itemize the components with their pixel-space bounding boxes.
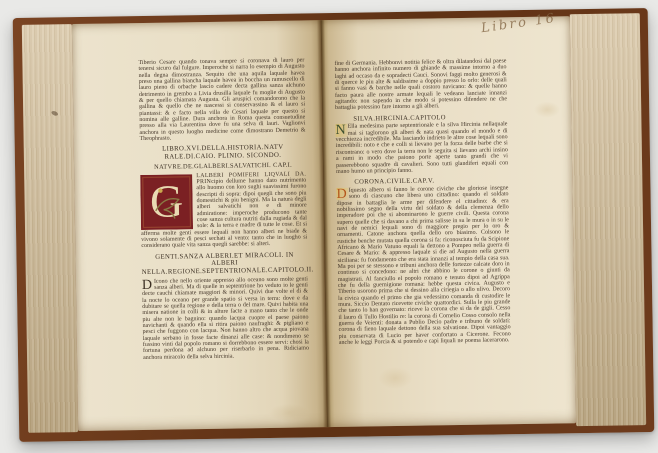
- left-page: Tiberio Cesare quando tonava sempre si c…: [72, 20, 327, 431]
- chapter2-paragraph: DIcono che nello oriente appresso allo o…: [142, 276, 309, 361]
- initial-letter: G: [150, 175, 184, 227]
- left-text-column: Tiberio Cesare quando tonava sempre si c…: [138, 57, 309, 361]
- book-heading-line2: RALE.DI.CAIO. PLINIO. SICONDO.: [140, 151, 306, 161]
- chapter2-body: Icono che nello oriente appresso allo oc…: [142, 276, 309, 361]
- fore-edge-right-page-block: [570, 13, 646, 426]
- drop-cap-green: N: [335, 124, 347, 137]
- chapter2-heading: GENTI.SANZA ALBERI.ET MIRACOLI. IN ALBER…: [141, 251, 307, 276]
- drop-cap-orange: D: [336, 188, 348, 201]
- open-spread: Tiberio Cesare quando tonava sempre si c…: [72, 16, 576, 431]
- photo-background: { "colors": { "background": "#e9e9e7", "…: [0, 0, 658, 453]
- book-heading: LIBRO.XVI.DELLA.HISTORIA.NATV RALE.DI.CA…: [140, 144, 306, 162]
- chapter3-body: Ella medesima parte septentrionale e la …: [336, 122, 508, 175]
- paragraph-laurel: Tiberio Cesare quando tonava sempre si c…: [138, 57, 305, 142]
- chapter2-heading-line2: NELLA.REGIONE.SEPTENTRIONALE.CAPITOLO.II…: [142, 266, 308, 276]
- illuminated-initial: G: [140, 174, 193, 230]
- chapter1-paragraph: G LALBERI POMIFERI LIQVALI DA. PRINcipio…: [140, 171, 307, 250]
- chapter4-paragraph: DIquesto albero si fanno le corone civic…: [336, 185, 510, 346]
- right-text-column: fine di Germania. Hebbonvi notitia felic…: [334, 58, 510, 346]
- chapter4-body: Iquesto albero si fanno le corone civich…: [337, 185, 511, 346]
- paragraph-germania: fine di Germania. Hebbonvi notitia felic…: [334, 58, 507, 111]
- drop-cap-black: D: [142, 278, 154, 291]
- right-page: fine di Germania. Hebbonvi notitia felic…: [321, 16, 576, 427]
- chapter1-heading: NATVRE.DE.GLALBERI.SALVATICHI. CAP.I.: [140, 161, 306, 171]
- fore-edge-left-page-block: [22, 24, 78, 433]
- book: Tiberio Cesare quando tonava sempre si c…: [13, 8, 655, 442]
- chapter3-paragraph: NElla medesima parte septentrionale e la…: [335, 122, 508, 175]
